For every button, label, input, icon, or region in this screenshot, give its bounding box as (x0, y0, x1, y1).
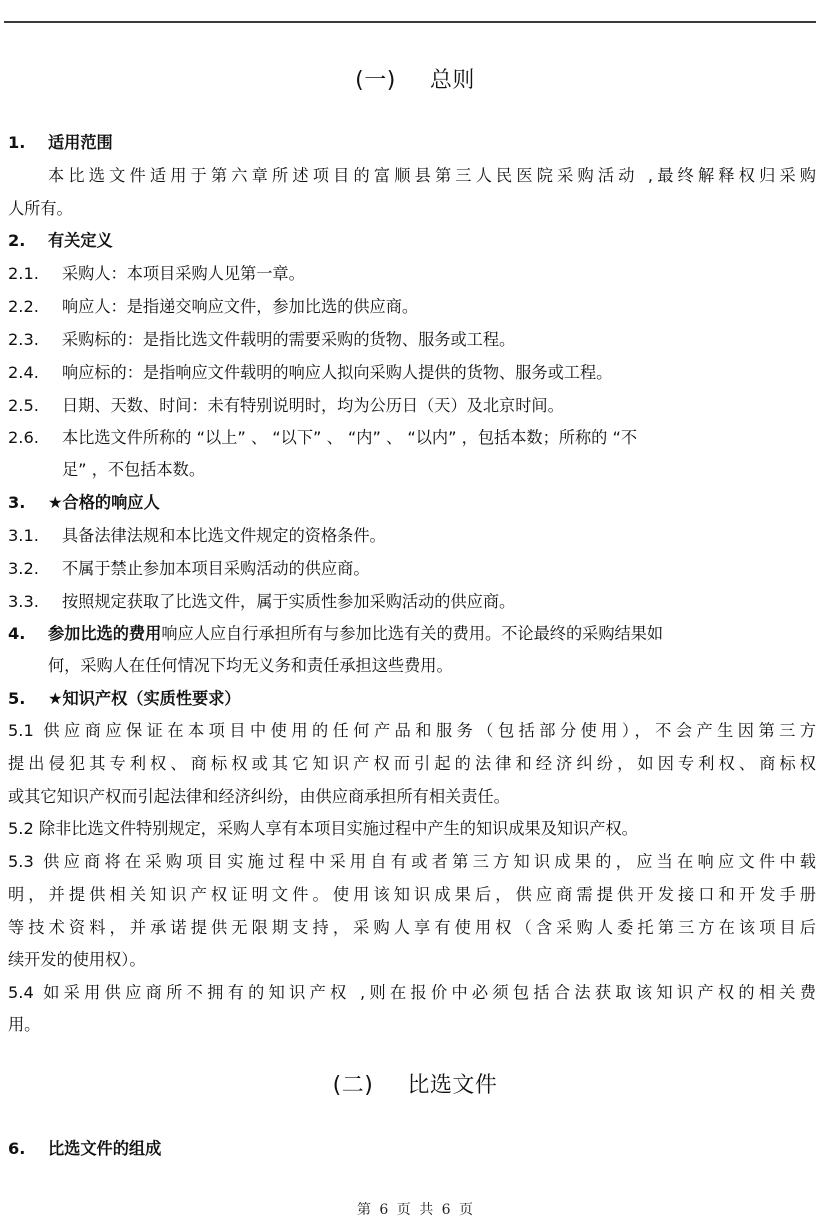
paragraph-5-4-line2: 用。 (8, 1014, 816, 1036)
section-name: 总则 (430, 68, 475, 93)
definition-2-6: 2.6.本比选文件所称的 “以上” 、 “以下” 、 “内” 、 “以内” ，包… (8, 427, 816, 449)
page-number-footer: 第 6 页 共 6 页 (0, 1199, 830, 1219)
header-rule (4, 21, 816, 23)
definition-2-6-cont: 足” ，不包括本数。 (8, 459, 816, 481)
paragraph-5-1-line1: 5.1 供应商应保证在本项目中使用的任何产品和服务（包括部分使用），不会产生因第… (8, 720, 816, 742)
paragraph-costs-cont: 何，采购人在任何情况下均无义务和责任承担这些费用。 (8, 655, 816, 677)
heading-scope: 1.适用范围 (8, 132, 816, 154)
heading-qualified-respondent: 3.★合格的响应人 (8, 492, 816, 514)
section-name: 比选文件 (407, 1073, 497, 1098)
section-number: (二) (333, 1073, 374, 1098)
paragraph-5-2: 5.2 除非比选文件特别规定，采购人享有本项目实施过程中产生的知识成果及知识产权… (8, 818, 816, 840)
definition-2-3: 2.3.采购标的：是指比选文件载明的需要采购的货物、服务或工程。 (8, 329, 816, 351)
section-title-bidding-docs: (二)比选文件 (0, 1068, 830, 1099)
requirement-3-3: 3.3.按照规定获取了比选文件，属于实质性参加采购活动的供应商。 (8, 591, 816, 613)
heading-costs: 4.参加比选的费用响应人应自行承担所有与参加比选有关的费用。不论最终的采购结果如 (8, 623, 816, 645)
paragraph-5-1-line2: 提出侵犯其专利权、商标权或其它知识产权而引起的法律和经济纠纷，如因专利权、商标权 (8, 753, 816, 775)
requirement-3-2: 3.2.不属于禁止参加本项目采购活动的供应商。 (8, 558, 816, 580)
paragraph-scope-line2: 人所有。 (8, 198, 816, 220)
paragraph-5-3-line4: 续开发的使用权）。 (8, 949, 816, 971)
paragraph-5-4-line1: 5.4 如采用供应商所不拥有的知识产权 ,则在报价中必须包括合法获取该知识产权的… (8, 982, 816, 1004)
heading-definitions: 2.有关定义 (8, 230, 816, 252)
section-number: (一) (355, 68, 396, 93)
heading-doc-composition: 6.比选文件的组成 (8, 1138, 816, 1160)
definition-2-4: 2.4.响应标的：是指响应文件载明的响应人拟向采购人提供的货物、服务或工程。 (8, 362, 816, 384)
paragraph-5-3-line2: 明，并提供相关知识产权证明文件。使用该知识成果后，供应商需提供开发接口和开发手册 (8, 884, 816, 906)
heading-ip: 5.★知识产权（实质性要求） (8, 688, 816, 710)
paragraph-5-3-line1: 5.3 供应商将在采购项目实施过程中采用自有或者第三方知识成果的，应当在响应文件… (8, 851, 816, 873)
paragraph-5-3-line3: 等技术资料，并承诺提供无限期支持，采购人享有使用权（含采购人委托第三方在该项目后 (8, 917, 816, 939)
paragraph-5-1-line3: 或其它知识产权而引起法律和经济纠纷，由供应商承担所有相关责任。 (8, 786, 816, 808)
definition-2-2: 2.2.响应人：是指递交响应文件，参加比选的供应商。 (8, 296, 816, 318)
definition-2-1: 2.1.采购人：本项目采购人见第一章。 (8, 263, 816, 285)
section-title-general: (一)总则 (0, 63, 830, 94)
definition-2-5: 2.5.日期、天数、时间：未有特别说明时，均为公历日（天）及北京时间。 (8, 395, 816, 417)
paragraph-scope-line1: 本比选文件适用于第六章所述项目的富顺县第三人民医院采购活动 ,最终解释权归采购 (8, 165, 816, 187)
requirement-3-1: 3.1.具备法律法规和本比选文件规定的资格条件。 (8, 525, 816, 547)
